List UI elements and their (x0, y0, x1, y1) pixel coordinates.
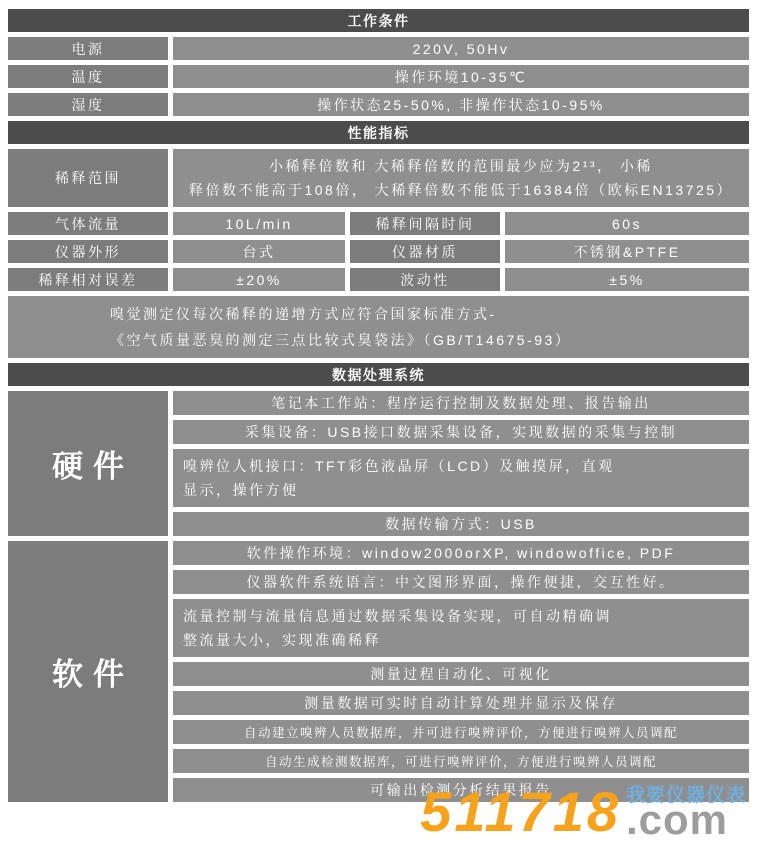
hardware-row-workstation: 笔记本工作站：程序运行控制及数据处理、报告输出 (173, 391, 749, 415)
software-row-language: 仪器软件系统语言：中文图形界面，操作便捷，交互性好。 (173, 570, 749, 594)
software-group-label: 软件 (8, 541, 168, 802)
site-logo-suffix[interactable]: .com (626, 805, 728, 835)
site-logo-number[interactable]: 511718 (420, 789, 621, 835)
hardware-group: 硬件 笔记本工作站：程序运行控制及数据处理、报告输出 采集设备：USB接口数据采… (8, 391, 749, 536)
site-logo-right: 我要仪器仪表 .com (626, 786, 746, 835)
row-value-dilution-interval: 60s (505, 212, 749, 235)
table-row: 稀释相对误差 ±20% 波动性 ±5% (8, 268, 749, 291)
row-value-volatility: ±5% (505, 268, 749, 291)
hardware-group-label: 硬件 (8, 391, 168, 536)
row-value-humidity: 操作状态25-50%, 非操作状态10-95% (173, 93, 749, 116)
row-label-gas-flow: 气体流量 (8, 212, 168, 235)
spec-table: 工作条件 电源 220V, 50Hv 温度 操作环境10-35℃ 湿度 操作状态… (8, 9, 749, 802)
software-row-realtime-calc: 测量数据可实时自动计算处理并显示及保存 (173, 691, 749, 715)
row-label-dilution-range: 稀释范围 (8, 149, 168, 207)
hardware-row-hmi-line1: 嗅辨位人机接口：TFT彩色液晶屏（LCD）及触摸屏，直观 (183, 454, 615, 478)
section-header-data-processing: 数据处理系统 (8, 363, 749, 386)
section-header-working-conditions: 工作条件 (8, 9, 749, 32)
hardware-row-transfer: 数据传输方式：USB (173, 512, 749, 536)
software-group: 软件 软件操作环境：window2000orXP, windowoffice, … (8, 541, 749, 802)
row-value-dilution-range: 小稀释倍数和 大稀释倍数的范围最少应为2¹³， 小稀 释倍数不能高于108倍， … (173, 149, 749, 207)
software-row-environment: 软件操作环境：window2000orXP, windowoffice, PDF (173, 541, 749, 565)
table-row: 电源 220V, 50Hv (8, 37, 749, 60)
row-value-temperature: 操作环境10-35℃ (173, 65, 749, 88)
row-label-volatility: 波动性 (350, 268, 500, 291)
software-row-flow-control-line1: 流量控制与流量信息通过数据采集设备实现，可自动精确调 (183, 604, 612, 628)
row-value-material: 不锈钢&PTFE (505, 240, 749, 263)
row-label-humidity: 湿度 (8, 93, 168, 116)
hardware-row-acquisition: 采集设备：USB接口数据采集设备，实现数据的采集与控制 (173, 420, 749, 444)
row-label-form-factor: 仪器外形 (8, 240, 168, 263)
standard-note-line1: 嗅觉测定仪每次稀释的递增方式应符合国家标准方式- (110, 301, 497, 327)
row-label-material: 仪器材质 (350, 240, 500, 263)
table-row: 湿度 操作状态25-50%, 非操作状态10-95% (8, 93, 749, 116)
row-value-relative-error: ±20% (173, 268, 345, 291)
row-value-gas-flow: 10L/min (173, 212, 345, 235)
row-label-relative-error: 稀释相对误差 (8, 268, 168, 291)
row-value-form-factor: 台式 (173, 240, 345, 263)
row-label-power: 电源 (8, 37, 168, 60)
row-label-dilution-interval: 稀释间隔时间 (350, 212, 500, 235)
table-row: 气体流量 10L/min 稀释间隔时间 60s (8, 212, 749, 235)
dilution-range-line2: 释倍数不能高于108倍， 大稀释倍数不能低于16384倍（欧标EN13725） (189, 178, 733, 202)
dilution-range-line1: 小稀释倍数和 大稀释倍数的范围最少应为2¹³， 小稀 (269, 154, 653, 178)
site-logo[interactable]: 511718 我要仪器仪表 .com (420, 786, 746, 835)
software-row-test-database: 自动生成检测数据库，可进行嗅辨评价，方便进行嗅辨人员调配 (173, 749, 749, 773)
hardware-rows: 笔记本工作站：程序运行控制及数据处理、报告输出 采集设备：USB接口数据采集设备… (173, 391, 749, 536)
row-value-power: 220V, 50Hv (173, 37, 749, 60)
software-row-flow-control: 流量控制与流量信息通过数据采集设备实现，可自动精确调 整流量大小，实现准确稀释 (173, 599, 749, 657)
software-row-flow-control-line2: 整流量大小，实现准确稀释 (183, 628, 381, 652)
software-row-panelist-database: 自动建立嗅辨人员数据库，并可进行嗅辨评价，方便进行嗅辨人员调配 (173, 720, 749, 744)
hardware-row-hmi: 嗅辨位人机接口：TFT彩色液晶屏（LCD）及触摸屏，直观 显示，操作方便 (173, 449, 749, 507)
section-header-performance: 性能指标 (8, 121, 749, 144)
table-row: 稀释范围 小稀释倍数和 大稀释倍数的范围最少应为2¹³， 小稀 释倍数不能高于1… (8, 149, 749, 207)
standard-note-line2: 《空气质量恶臭的测定三点比较式臭袋法》（GB/T14675-93） (110, 327, 571, 353)
software-row-automation: 测量过程自动化、可视化 (173, 662, 749, 686)
table-row: 温度 操作环境10-35℃ (8, 65, 749, 88)
table-row: 仪器外形 台式 仪器材质 不锈钢&PTFE (8, 240, 749, 263)
hardware-row-hmi-line2: 显示，操作方便 (183, 478, 299, 502)
row-label-temperature: 温度 (8, 65, 168, 88)
standard-note: 嗅觉测定仪每次稀释的递增方式应符合国家标准方式- 《空气质量恶臭的测定三点比较式… (8, 296, 749, 358)
software-rows: 软件操作环境：window2000orXP, windowoffice, PDF… (173, 541, 749, 802)
